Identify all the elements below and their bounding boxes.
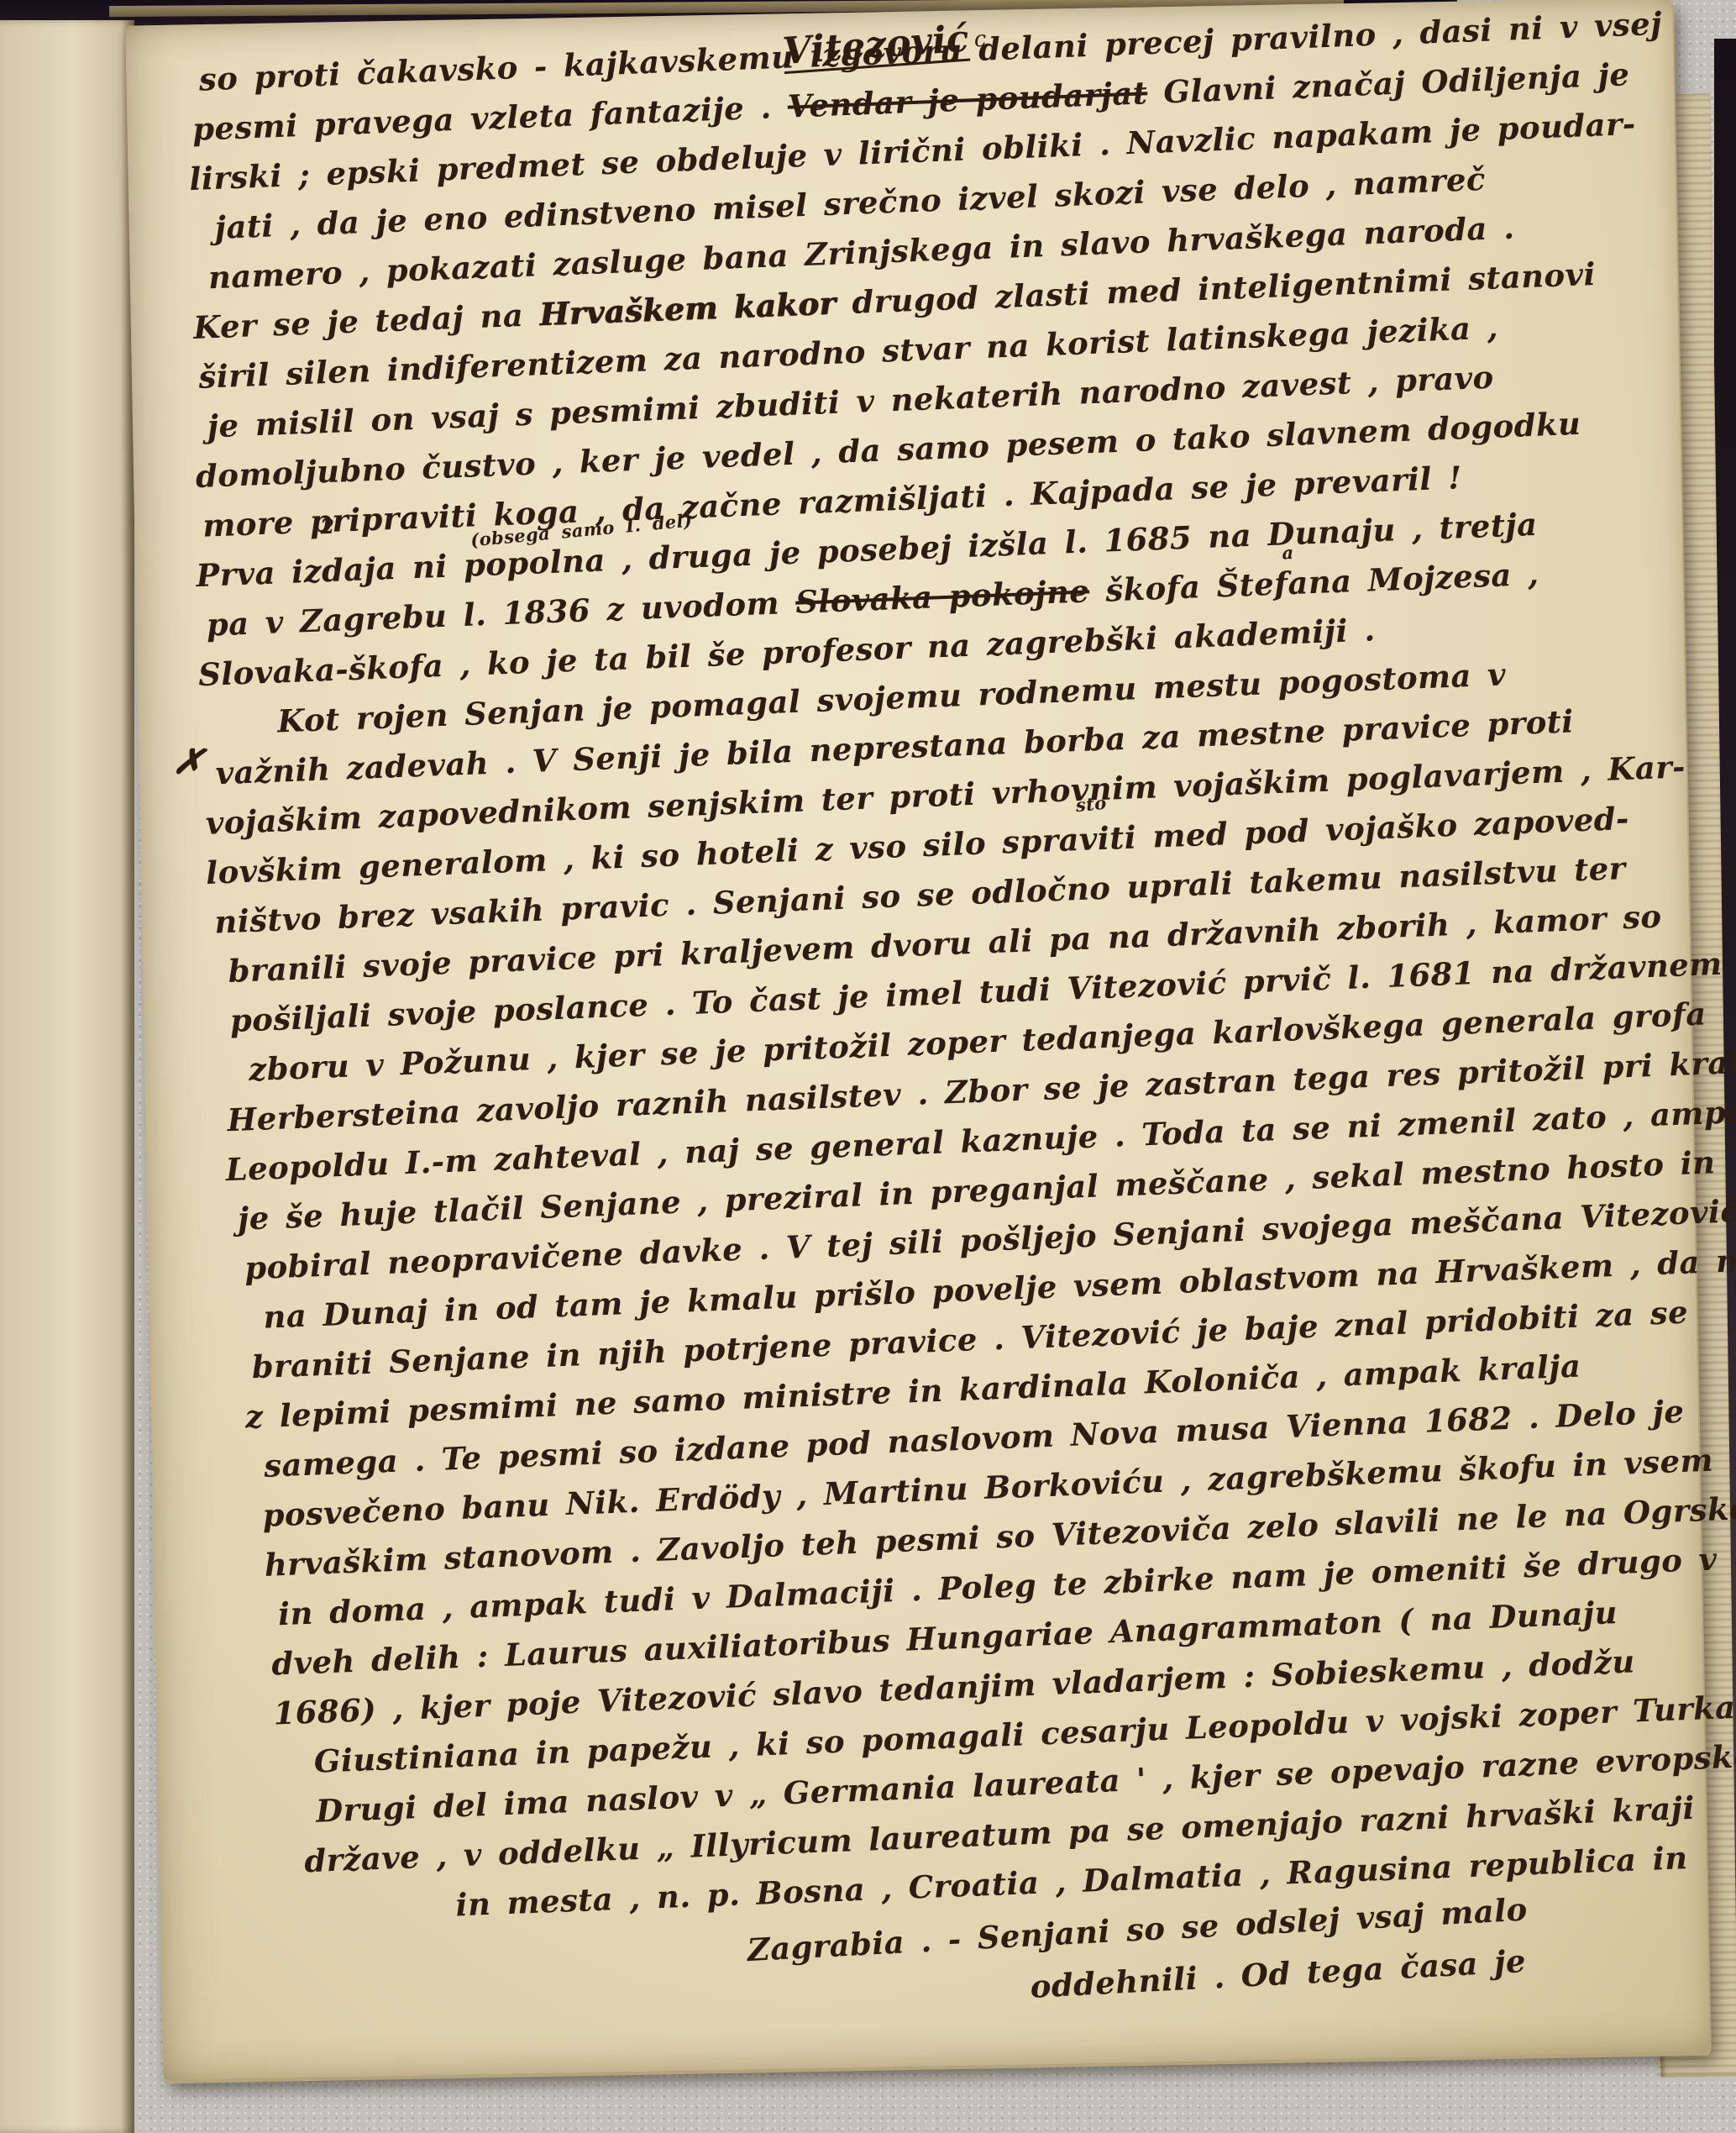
insertion-mark: a	[1282, 542, 1294, 564]
previous-page-edge	[0, 20, 134, 2133]
footnote-number: 2	[320, 514, 335, 539]
manuscript-page: Vitezović c (obsega samo I. del) 2 sto a…	[125, 0, 1710, 2080]
correction-superscript: sto	[1075, 792, 1108, 816]
margin-mark: ✗	[171, 739, 207, 785]
handwritten-text: (obsega samo I. del) 2 sto a ✗ so proti …	[175, 6, 1715, 2043]
book-photo: Vitezović c (obsega samo I. del) 2 sto a…	[0, 0, 1736, 2133]
